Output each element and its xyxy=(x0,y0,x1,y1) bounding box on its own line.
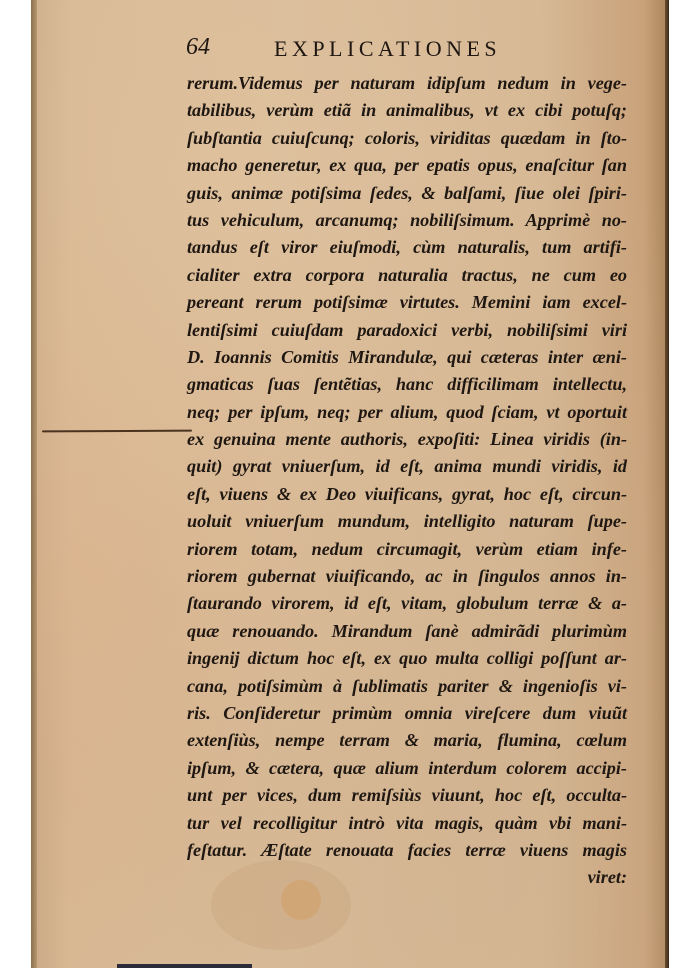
text-line: eſt, viuens & ex Deo viuificans, gyrat, … xyxy=(187,481,627,508)
catchword: viret: xyxy=(187,864,627,891)
text-line: rerum.Videmus per naturam idipſum nedum … xyxy=(187,70,627,97)
text-line: quit) gyrat vniuerſum, id eſt, anima mun… xyxy=(187,453,627,480)
text-line: quæ renouando. Mirandum ſanè admirãdi pl… xyxy=(187,618,627,645)
text-line: tur vel recolligitur intrò vita magis, q… xyxy=(187,810,627,837)
text-line: ex genuina mente authoris, expoſiti: Lin… xyxy=(187,426,627,453)
text-line: feſtatur. Æſtate renouata facies terræ v… xyxy=(187,837,627,864)
text-line: macho generetur, ex qua, per epatis opus… xyxy=(187,152,627,179)
text-line: ris. Conſideretur primùm omnia vireſcere… xyxy=(187,700,627,727)
running-head: EXPLICATIONES xyxy=(274,36,501,62)
body-text: rerum.Videmus per naturam idipſum nedum … xyxy=(187,70,627,892)
text-line: extenſiùs, nempe terram & maria, flumina… xyxy=(187,727,627,754)
text-line: ſtaurando virorem, id eſt, vitam, globul… xyxy=(187,590,627,617)
text-line: tandus eſt viror eiuſmodi, cùm naturalis… xyxy=(187,234,627,261)
text-line: cialiter extra corpora naturalia tractus… xyxy=(187,262,627,289)
text-line: unt per vices, dum remiſsiùs viuunt, hoc… xyxy=(187,782,627,809)
text-line: riorem totam, nedum circumagit, verùm et… xyxy=(187,536,627,563)
text-line: guis, animæ potiſsima ſedes, & balſami, … xyxy=(187,180,627,207)
text-line: gmaticas ſuas ſentẽtias, hanc difficilim… xyxy=(187,371,627,398)
page-left-edge xyxy=(31,0,37,968)
text-line: D. Ioannis Comitis Mirandulæ, qui cætera… xyxy=(187,344,627,371)
page-number: 64 xyxy=(186,34,210,61)
scan-edge-bar xyxy=(117,964,252,968)
text-line: uoluit vniuerſum mundum, intelligito nat… xyxy=(187,508,627,535)
page-header: 64 EXPLICATIONES xyxy=(186,34,576,74)
text-line: lentiſsimi cuiuſdam paradoxici verbi, no… xyxy=(187,317,627,344)
text-line: tabilibus, verùm etiã in animalibus, vt … xyxy=(187,97,627,124)
text-line: neq; per ipſum, neq; per alium, quod ſci… xyxy=(187,399,627,426)
text-line: ſubſtantia cuiuſcunq; coloris, viriditas… xyxy=(187,125,627,152)
text-line: ipſum, & cætera, quæ alium interdum colo… xyxy=(187,755,627,782)
text-line: ingenij dictum hoc eſt, ex quo multa col… xyxy=(187,645,627,672)
page-right-edge xyxy=(665,0,669,968)
text-line: riorem gubernat viuificando, ac in ſingu… xyxy=(187,563,627,590)
text-line: tus vehiculum, arcanumq; nobiliſsimum. A… xyxy=(187,207,627,234)
text-line: cana, potiſsimùm à ſublimatis pariter & … xyxy=(187,673,627,700)
text-line: pereant rerum potiſsimæ virtutes. Memini… xyxy=(187,289,627,316)
